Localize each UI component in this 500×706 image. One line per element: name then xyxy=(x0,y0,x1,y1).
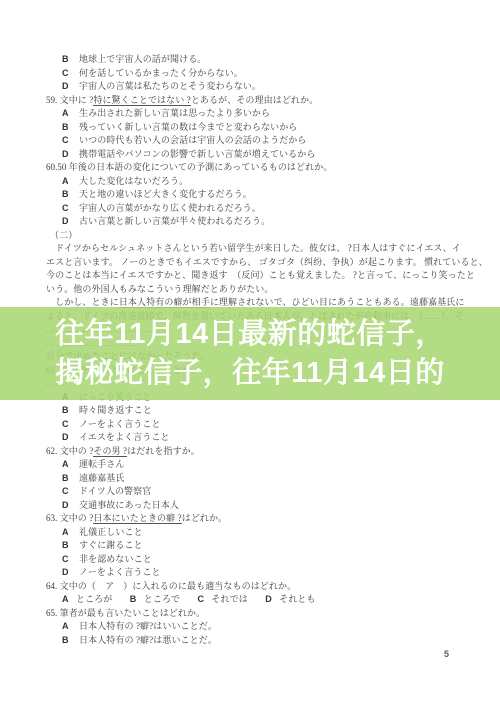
question-number: 62. xyxy=(46,446,57,456)
option-row: Cいつの時代も若い人の会話は宇宙人の会話のようだから xyxy=(46,134,462,148)
option-row: Bすぐに謝ること xyxy=(46,539,462,553)
section-label-text: （二） xyxy=(50,230,77,240)
paragraph-text: エスと言います。 ノーのときでもイエスですから、 ゴタゴタ（纠纷、争执）が起こり… xyxy=(46,257,488,267)
inline-option: Bところで xyxy=(130,593,180,607)
option-letter: B xyxy=(130,593,144,607)
option-text: 生み出された新しい言葉は思ったより多いから xyxy=(79,108,270,118)
question-64: 64. 文中の（ ア ）に入れるのに最も適当なものはどれか。 xyxy=(46,580,462,594)
option-row: D古い言葉と新しい言葉が半々使われるだろう。 xyxy=(46,215,462,229)
option-text: 携帯電話やパソコンの影響で新しい言葉が増えているから xyxy=(79,149,315,159)
paragraph-text: いう。他の外国人もみなこういう理解だとありがたい。 xyxy=(46,284,274,294)
option-row: A礼儀正しいこと xyxy=(46,526,462,540)
option-row: Dノーをよく言うこと xyxy=(46,566,462,580)
question-number: 63. xyxy=(46,513,57,523)
option-row: B日本人特有の ?癖?は悪いことだ。 xyxy=(46,634,462,648)
inline-option: Dそれとも xyxy=(265,593,315,607)
question-62: 62. 文中の ?その男 ?はだれを指すか。 xyxy=(46,445,462,459)
overlay-banner[interactable]: 往年11月14日最新的蛇信子， 揭秘蛇信子，往年11月14日的 xyxy=(0,307,500,400)
option-row: Cノーをよく言うこと xyxy=(46,418,462,432)
option-letter: C xyxy=(62,67,79,81)
option-letter: A xyxy=(62,620,79,634)
option-row: A日本人特有の ?癖?はいいことだ。 xyxy=(46,620,462,634)
option-row: B残っていく新しい言葉の数は今までと変わらないから xyxy=(46,121,462,135)
option-row: B時々聞き返すこと xyxy=(46,404,462,418)
option-text: ところが xyxy=(76,594,112,604)
option-letter: D xyxy=(265,593,279,607)
underlined-phrase: 日本にいたときの癖 ? xyxy=(93,513,181,524)
question-65: 65. 筆者が最も言いたいことはどれか。 xyxy=(46,607,462,621)
option-letter: A xyxy=(62,175,79,189)
option-letter: B xyxy=(62,404,79,418)
option-letter: D xyxy=(62,499,79,513)
paragraph-text: 今のことは本当にイエスですかと、聞き返す （反问）ことも覚えました。 ?と言って… xyxy=(46,270,475,280)
option-row: B地球上で宇宙人の話が聞ける。 xyxy=(46,53,462,67)
option-text: 何を話しているかまったく分からない。 xyxy=(79,68,243,78)
paragraph-line: 今のことは本当にイエスですかと、聞き返す （反问）ことも覚えました。 ?と言って… xyxy=(46,269,462,283)
option-letter: B xyxy=(62,53,79,67)
inline-option: Aところが xyxy=(62,593,112,607)
option-text: すぐに謝ること xyxy=(79,540,143,550)
banner-line-1: 往年11月14日最新的蛇信子， xyxy=(55,315,444,354)
inline-option: Cそれでは xyxy=(197,593,247,607)
option-text: 日本人特有の ?癖?はいいことだ。 xyxy=(79,621,217,631)
option-text: 遠藤嘉基氏 xyxy=(79,473,125,483)
option-text: それとも xyxy=(279,594,315,604)
option-letter: D xyxy=(62,148,79,162)
option-row: D宇宙人の言葉は私たちのとそう変わらない。 xyxy=(46,80,462,94)
option-text: 日本人特有の ?癖?は悪いことだ。 xyxy=(79,635,217,645)
paragraph-line: いう。他の外国人もみなこういう理解だとありがたい。 xyxy=(46,283,462,297)
question-text: 50 年後の日本語の変化についての予測にあっているものはどれか。 xyxy=(57,162,332,172)
option-text: 大した変化はないだろう。 xyxy=(79,176,188,186)
option-text: ドイツ人の警察官 xyxy=(79,486,151,496)
option-text: いつの時代も若い人の会話は宇宙人の会話のようだから xyxy=(79,135,307,145)
question-text: 文中の ? xyxy=(57,513,93,523)
option-text: 交通事故にあった日本人 xyxy=(79,500,179,510)
paragraph-line: ドイツからセルシュネットさんという若い留学生が来日した。彼女は、 ?日本人はすぐ… xyxy=(46,242,462,256)
option-row: C何を話しているかまったく分からない。 xyxy=(46,67,462,81)
option-letter: D xyxy=(62,80,79,94)
option-row: C非を認めないこと xyxy=(46,553,462,567)
option-letter: B xyxy=(62,121,79,135)
question-text: とあるが、その理由はどれか。 xyxy=(191,95,318,105)
option-letter: C xyxy=(62,202,79,216)
option-text: イエスをよく言うこと xyxy=(79,432,170,442)
page-number: 5 xyxy=(444,649,449,659)
question-64-inline-options: Aところが Bところで Cそれでは Dそれとも xyxy=(46,593,462,607)
paragraph-text: ドイツからセルシュネットさんという若い留学生が来日した。彼女は、 ?日本人はすぐ… xyxy=(46,243,461,253)
option-text: ノーをよく言うこと xyxy=(79,419,161,429)
option-row: Cドイツ人の警察官 xyxy=(46,485,462,499)
option-row: A生み出された新しい言葉は思ったより多いから xyxy=(46,107,462,121)
option-text: 時々聞き返すこと xyxy=(79,405,152,415)
option-letter: A xyxy=(62,458,79,472)
option-letter: C xyxy=(62,553,79,567)
option-text: 礼儀正しいこと xyxy=(79,527,143,537)
option-text: 天と地の違いほど大きく変化するだろう。 xyxy=(79,189,252,199)
question-number: 64. xyxy=(46,581,57,591)
option-text: それでは xyxy=(211,594,247,604)
paragraph-text: に理解されないで、ひどい目にあうこともある。遠藤嘉基氏に xyxy=(210,297,465,307)
option-letter: B xyxy=(62,539,79,553)
option-row: B遠藤嘉基氏 xyxy=(46,472,462,486)
question-60: 60.50 年後の日本語の変化についての予測にあっているものはどれか。 xyxy=(46,161,462,175)
question-text: 文中の（ ア ）に入れるのに最も適当なものはどれか。 xyxy=(57,581,296,591)
option-letter: A xyxy=(62,593,76,607)
paragraph-text: しかし、ときに xyxy=(46,297,119,307)
question-number: 65. xyxy=(46,608,57,618)
question-text: はだれを指すか。 xyxy=(127,446,200,456)
option-row: D携帯電話やパソコンの影響で新しい言葉が増えているから xyxy=(46,148,462,162)
option-letter: C xyxy=(62,418,79,432)
option-row: B天と地の違いほど大きく変化するだろう。 xyxy=(46,188,462,202)
section-label: （二） xyxy=(46,229,462,243)
underlined-phrase: その男 ? xyxy=(93,446,127,457)
option-text: 残っていく新しい言葉の数は今までと変わらないから xyxy=(79,122,297,132)
option-letter: C xyxy=(62,134,79,148)
option-row: D交通事故にあった日本人 xyxy=(46,499,462,513)
underlined-phrase: 特に驚くことではない ? xyxy=(93,95,190,106)
option-letter: D xyxy=(62,431,79,445)
option-text: ところで xyxy=(144,594,180,604)
option-letter: A xyxy=(62,526,79,540)
option-text: 古い言葉と新しい言葉が半々使われるだろう。 xyxy=(79,216,270,226)
option-letter: D xyxy=(62,215,79,229)
question-text: 文中に ? xyxy=(57,95,93,105)
option-text: 宇宙人の言葉がかなり広く使われるだろう。 xyxy=(79,203,261,213)
question-number: 60. xyxy=(46,162,57,172)
option-letter: A xyxy=(62,107,79,121)
question-59: 59. 文中に ?特に驚くことではない ?とあるが、その理由はどれか。 xyxy=(46,94,462,108)
option-row: C宇宙人の言葉がかなり広く使われるだろう。 xyxy=(46,202,462,216)
question-text: 文中の ? xyxy=(57,446,93,456)
option-text: 運転手さん xyxy=(79,459,125,469)
question-text: はどれか。 xyxy=(182,513,228,523)
option-letter: C xyxy=(62,485,79,499)
question-63: 63. 文中の ?日本にいたときの癖 ?はどれか。 xyxy=(46,512,462,526)
option-row: A運転手さん xyxy=(46,458,462,472)
question-text: 筆者が最も言いたいことはどれか。 xyxy=(57,608,205,618)
option-text: ノーをよく言うこと xyxy=(79,567,161,577)
option-letter: B xyxy=(62,472,79,486)
option-row: Dイエスをよく言うこと xyxy=(46,431,462,445)
option-text: 非を認めないこと xyxy=(79,554,152,564)
option-row: A大した変化はないだろう。 xyxy=(46,175,462,189)
option-text: 宇宙人の言葉は私たちのとそう変わらない。 xyxy=(79,81,261,91)
question-number: 59. xyxy=(46,95,57,105)
option-letter: D xyxy=(62,566,79,580)
paragraph-line: エスと言います。 ノーのときでもイエスですから、 ゴタゴタ（纠纷、争执）が起こり… xyxy=(46,256,462,270)
option-letter: C xyxy=(197,593,211,607)
option-text: 地球上で宇宙人の話が聞ける。 xyxy=(79,54,206,64)
option-letter: B xyxy=(62,188,79,202)
banner-line-2: 揭秘蛇信子，往年11月14日的 xyxy=(55,354,444,393)
option-letter: B xyxy=(62,634,79,648)
